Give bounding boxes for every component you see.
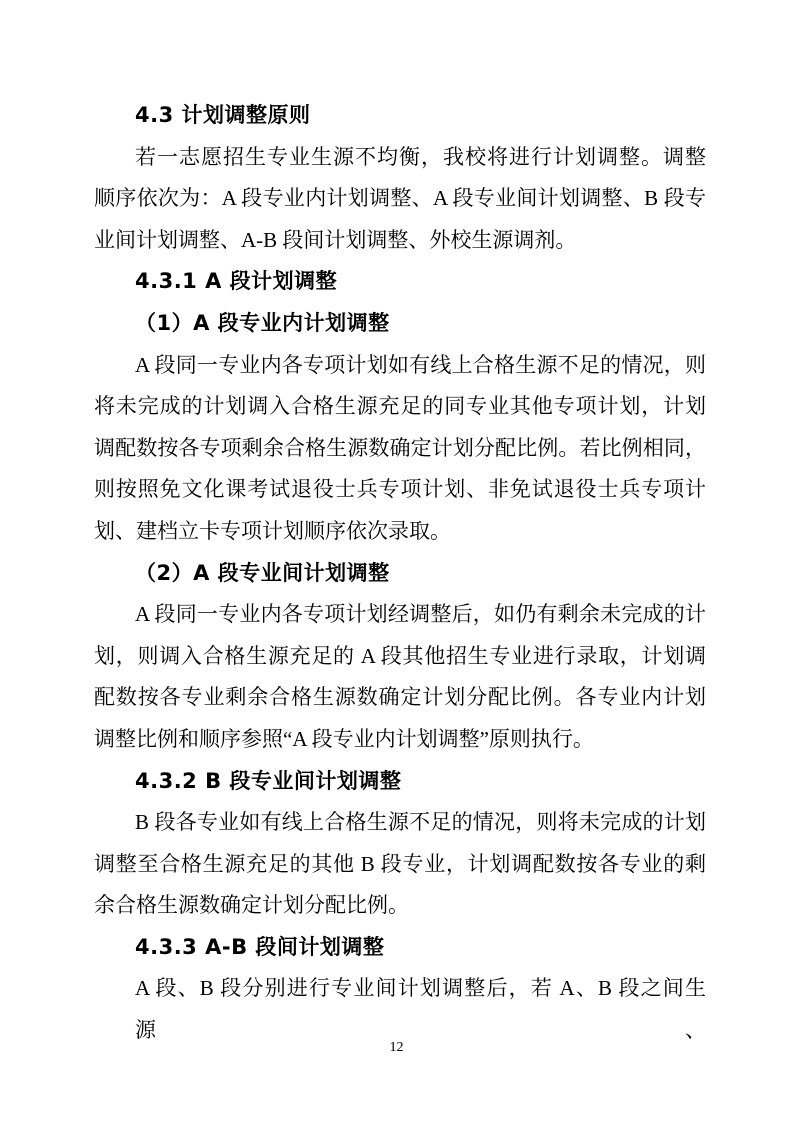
- para-a1-line: 将未完成的计划调入合格生源充足的同专业其他专项计划，计划: [94, 386, 706, 428]
- para-a1-line: 调配数按各专项剩余合格生源数确定计划分配比例。若比例相同，: [94, 428, 706, 470]
- para-a1-line: 则按照免文化课考试退役士兵专项计划、非免试退役士兵专项计: [94, 469, 706, 511]
- para-b-line: 余合格生源数确定计划分配比例。: [94, 885, 706, 927]
- page-footer: 12: [0, 1040, 793, 1056]
- heading-4-3-2: 4.3.2 B 段专业间计划调整: [94, 761, 706, 803]
- para-ab-line: A 段、B 段分别进行专业间计划调整后，若 A、B 段之间生源、: [94, 968, 706, 1010]
- page-number: 12: [390, 1040, 404, 1055]
- document-page: 4.3 计划调整原则 若一志愿招生专业生源不均衡，我校将进行计划调整。调整 顺序…: [0, 0, 793, 1122]
- para-a2-line: 划，则调入合格生源充足的 A 段其他招生专业进行录取，计划调: [94, 636, 706, 678]
- para-a1-line: A 段同一专业内各专项计划如有线上合格生源不足的情况，则: [94, 345, 706, 387]
- subheading-a1: （1）A 段专业内计划调整: [94, 303, 706, 345]
- page-content: 4.3 计划调整原则 若一志愿招生专业生源不均衡，我校将进行计划调整。调整 顺序…: [94, 95, 706, 1010]
- para-a2-line: A 段同一专业内各专项计划经调整后，如仍有剩余未完成的计: [94, 594, 706, 636]
- para-a1-line: 划、建档立卡专项计划顺序依次录取。: [94, 511, 706, 553]
- heading-4-3-3: 4.3.3 A-B 段间计划调整: [94, 927, 706, 969]
- para-a2-line: 调整比例和顺序参照“A 段专业内计划调整”原则执行。: [94, 719, 706, 761]
- intro-paragraph-line: 若一志愿招生专业生源不均衡，我校将进行计划调整。调整: [94, 137, 706, 179]
- heading-4-3-1: 4.3.1 A 段计划调整: [94, 261, 706, 303]
- intro-paragraph-line: 顺序依次为：A 段专业内计划调整、A 段专业间计划调整、B 段专: [94, 178, 706, 220]
- heading-4-3: 4.3 计划调整原则: [94, 95, 706, 137]
- para-b-line: B 段各专业如有线上合格生源不足的情况，则将未完成的计划: [94, 802, 706, 844]
- para-a2-line: 配数按各专业剩余合格生源数确定计划分配比例。各专业内计划: [94, 677, 706, 719]
- intro-paragraph-line: 业间计划调整、A-B 段间计划调整、外校生源调剂。: [94, 220, 706, 262]
- para-b-line: 调整至合格生源充足的其他 B 段专业，计划调配数按各专业的剩: [94, 844, 706, 886]
- subheading-a2: （2）A 段专业间计划调整: [94, 553, 706, 595]
